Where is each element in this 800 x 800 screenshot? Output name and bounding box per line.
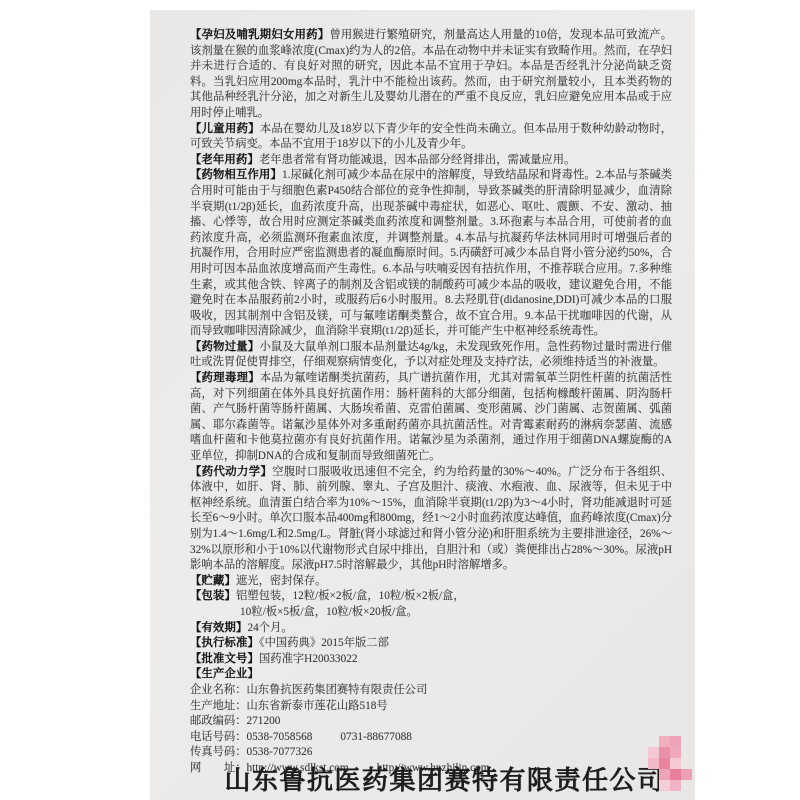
- section-text: 1.尿碱化剂可减少本品在尿中的溶解度，导致结晶尿和肾毒性。2.本品与茶碱类合用时…: [190, 169, 672, 337]
- packaging-line2: 10粒/板×5板/盒，10粒/板×20板/盒。: [240, 605, 672, 621]
- section-validity: 【有效期】24个月。: [190, 621, 672, 637]
- section-label: 【药代动力学】: [190, 466, 272, 478]
- manufacturer-name-row: 企业名称：山东鲁抗医药集团赛特有限责任公司: [190, 683, 672, 699]
- section-approval-number: 【批准文号】国药准字H20033022: [190, 652, 672, 668]
- row-label: 企业名称：: [190, 684, 247, 696]
- stamp-pixel: [659, 780, 670, 791]
- row-label: 电话号码：: [190, 731, 247, 743]
- section-label: 【药物过量】: [190, 341, 259, 353]
- row-label: 生产地址：: [190, 700, 247, 712]
- section-label: 【生产企业】: [190, 668, 259, 680]
- section-storage: 【贮藏】遮光，密封保存。: [190, 574, 672, 590]
- section-manufacturer: 【生产企业】: [190, 667, 672, 683]
- package-insert-photo: 【孕妇及哺乳期妇女用药】曾用猴进行繁殖研究，剂量高达人用量的10倍，发现本品可致…: [150, 10, 695, 800]
- row-value: 0538-7058568: [247, 731, 313, 743]
- section-text: 曾用猴进行繁殖研究，剂量高达人用量的10倍，发现本品可致流产。该剂量在猴的血浆峰…: [190, 29, 672, 119]
- stamp-pixel: [670, 758, 681, 769]
- section-text: 24个月。: [248, 622, 293, 634]
- section-pharmacology-toxicology: 【药理毒理】本品为氟喹诺酮类抗菌药，具广谱抗菌作用，尤其对需氧革兰阴性杆菌的抗菌…: [190, 371, 672, 465]
- censored-red-stamp: [648, 736, 695, 791]
- section-label: 【批准文号】: [190, 653, 259, 665]
- stamp-pixel: [659, 758, 670, 769]
- stamp-pixel: [670, 747, 681, 758]
- packaging-line1: 铝塑包装，12粒/板×2板/盒，10粒/板×2板/盒，: [236, 590, 465, 602]
- section-label: 【执行标准】: [190, 637, 259, 649]
- section-drug-interactions: 【药物相互作用】1.尿碱化剂可减少本品在尿中的溶解度，导致结晶尿和肾毒性。2.本…: [190, 168, 672, 340]
- row-label: 邮政编码：: [190, 715, 247, 727]
- stamp-pixel: [670, 736, 681, 747]
- stamp-pixel: [659, 736, 670, 747]
- manufacturer-zip-row: 邮政编码：271200: [190, 714, 672, 730]
- section-text: 国药准字H20033022: [259, 653, 358, 665]
- insert-text-block: 【孕妇及哺乳期妇女用药】曾用猴进行繁殖研究，剂量高达人用量的10倍，发现本品可致…: [190, 28, 672, 777]
- section-text: 小鼠及大鼠单剂口服本品剂量达4g/kg，未发现致死作用。急性药物过量时需进行催吐…: [190, 341, 672, 369]
- section-label: 【有效期】: [190, 622, 248, 634]
- row-value: 山东省新泰市莲花山路518号: [247, 700, 388, 712]
- section-pediatric-use: 【儿童用药】本品在婴幼儿及18岁以下青少年的安全性尚未确立。但本品用于数种幼龄动…: [190, 122, 672, 153]
- company-name-footer: 山东鲁抗医药集团赛特有限责任公司: [150, 760, 695, 797]
- stamp-pixel: [648, 758, 659, 769]
- section-label: 【包装】: [190, 590, 236, 602]
- section-packaging: 【包装】铝塑包装，12粒/板×2板/盒，10粒/板×2板/盒，10粒/板×5板/…: [190, 589, 672, 620]
- manufacturer-address-row: 生产地址：山东省新泰市莲花山路518号: [190, 699, 672, 715]
- stamp-pixel: [670, 780, 681, 791]
- section-label: 【老年用药】: [190, 154, 259, 166]
- section-label: 【儿童用药】: [190, 123, 260, 135]
- section-label: 【孕妇及哺乳期妇女用药】: [190, 29, 329, 41]
- row-value: 山东鲁抗医药集团赛特有限责任公司: [247, 684, 428, 696]
- section-text: 遮光，密封保存。: [236, 575, 326, 587]
- section-label: 【药物相互作用】: [190, 169, 282, 181]
- row-value-2: 0731-88677088: [340, 731, 412, 743]
- section-pharmacokinetics: 【药代动力学】空腹时口服吸收迅速但不完全，约为给药量的30%～40%。广泛分布于…: [190, 465, 672, 574]
- section-label: 【药理毒理】: [190, 372, 260, 384]
- manufacturer-fax-row: 传真号码：0538-7077326: [190, 745, 672, 761]
- section-label: 【贮藏】: [190, 575, 236, 587]
- manufacturer-phone-row: 电话号码：0538-70585680731-88677088: [190, 730, 672, 746]
- section-text: 本品为氟喹诺酮类抗菌药，具广谱抗菌作用，尤其对需氧革兰阴性杆菌的抗菌活性高，对下…: [190, 372, 672, 462]
- section-overdose: 【药物过量】小鼠及大鼠单剂口服本品剂量达4g/kg，未发现致死作用。急性药物过量…: [190, 340, 672, 371]
- section-text: 老年患者常有肾功能减退，因本品部分经肾排出，需减量应用。: [259, 154, 575, 166]
- stamp-pixel: [681, 769, 692, 780]
- section-text: 空腹时口服吸收迅速但不完全，约为给药量的30%～40%。广泛分布于各组织、体液中…: [190, 466, 672, 572]
- stamp-pixel: [670, 769, 681, 780]
- stamp-pixel: [648, 747, 659, 758]
- row-label: 传真号码：: [190, 746, 247, 758]
- row-value: 0538-7077326: [247, 746, 313, 758]
- row-value: 271200: [247, 715, 281, 727]
- section-geriatric-use: 【老年用药】老年患者常有肾功能减退，因本品部分经肾排出，需减量应用。: [190, 153, 672, 169]
- section-text: 《中国药典》2015年版二部: [259, 637, 389, 649]
- section-text: 本品在婴幼儿及18岁以下青少年的安全性尚未确立。但本品用于数种幼龄动物时，可致关…: [190, 123, 672, 151]
- stamp-pixel: [659, 747, 670, 758]
- stamp-pixel: [659, 769, 670, 780]
- section-standard: 【执行标准】《中国药典》2015年版二部: [190, 636, 672, 652]
- section-pregnancy-lactation: 【孕妇及哺乳期妇女用药】曾用猴进行繁殖研究，剂量高达人用量的10倍，发现本品可致…: [190, 28, 672, 122]
